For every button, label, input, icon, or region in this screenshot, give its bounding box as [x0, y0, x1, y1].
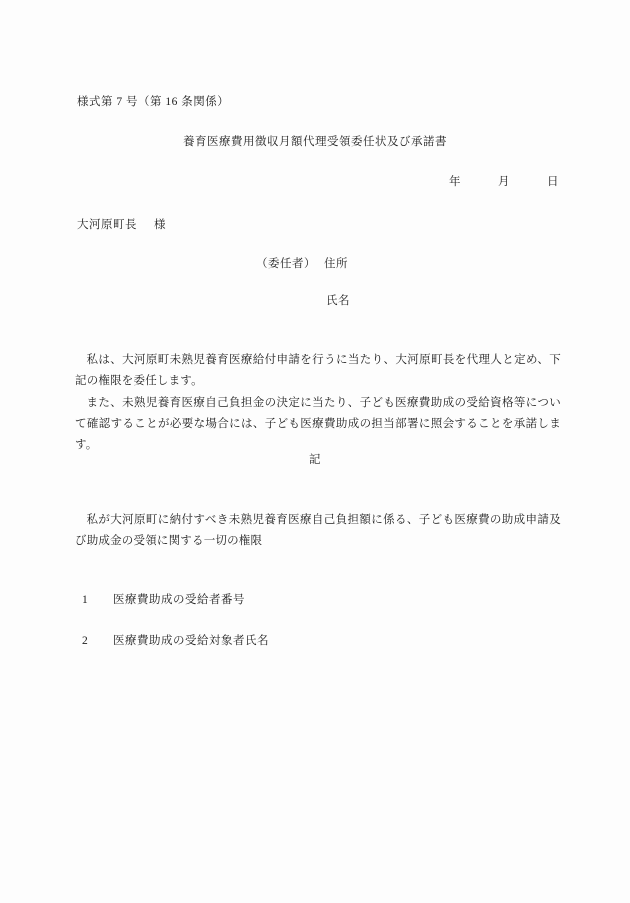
body-paragraphs: 私は、大河原町未熟児養育医療給付申請を行うに当たり、大河原町長を代理人と定め、下…: [75, 350, 561, 456]
body-paragraph-1: 私は、大河原町未熟児養育医療給付申請を行うに当たり、大河原町長を代理人と定め、下…: [75, 350, 561, 393]
form-number: 様式第 7 号（第 16 条関係）: [77, 97, 229, 109]
delegator-name-label: 氏名: [326, 296, 350, 308]
record-body-text: 私が大河原町に納付すべき未熟児養育医療自己負担額に係る、子ども医療費の助成申請及…: [75, 510, 561, 553]
month-label: 月: [498, 176, 510, 188]
item-label: 医療費助成の受給者番号: [113, 594, 245, 606]
record-body: 私が大河原町に納付すべき未熟児養育医療自己負担額に係る、子ども医療費の助成申請及…: [75, 510, 561, 553]
delegator-address-label: 住所: [324, 258, 348, 270]
year-label: 年: [449, 176, 461, 188]
document-title: 養育医療費用徴収月額代理受領委任状及び承諾書: [0, 137, 630, 149]
document-page: 様式第 7 号（第 16 条関係） 養育医療費用徴収月額代理受領委任状及び承諾書…: [0, 0, 630, 903]
addressee-line: 大河原町長様: [77, 220, 166, 232]
item-label: 医療費助成の受給対象者氏名: [113, 635, 269, 647]
record-heading: 記: [0, 455, 630, 467]
item-number: 1: [82, 595, 113, 607]
list-item: 2医療費助成の受給対象者氏名: [82, 636, 269, 648]
addressee-name: 大河原町長: [77, 219, 137, 231]
list-item: 1医療費助成の受給者番号: [82, 595, 245, 607]
delegator-line: （委任者）住所: [256, 259, 348, 271]
delegator-label: （委任者）: [256, 258, 316, 270]
item-number: 2: [82, 636, 113, 648]
body-paragraph-2: また、未熟児養育医療自己負担金の決定に当たり、子ども医療費助成の受給資格等につい…: [75, 393, 561, 457]
addressee-honorific: 様: [154, 219, 166, 231]
date-line: 年月日: [449, 177, 559, 189]
day-label: 日: [547, 176, 559, 188]
